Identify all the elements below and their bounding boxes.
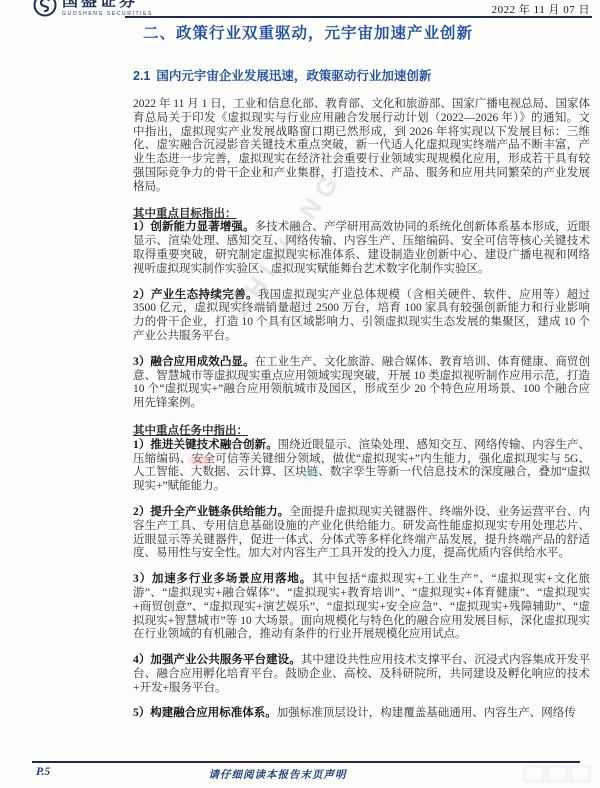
goal-item-3: 3）融合应用成效凸显。在工业生产、文化旅游、融合媒体、教育培训、体育健康、商贸创… bbox=[133, 356, 590, 411]
task-item-2: 2）提升全产业链条供给能力。全面提升虚拟现实关键器件、终端外设、业务运营平台、内… bbox=[133, 506, 590, 561]
report-date: 2022 年 11 月 07 日 bbox=[492, 1, 590, 17]
corner-watermark bbox=[524, 766, 590, 782]
goal-3-lead: 3）融合应用成效凸显。 bbox=[133, 356, 255, 368]
section-heading: 2.1国内元宇宙企业发展迅速，政策驱动行业加速创新 bbox=[133, 69, 590, 84]
goals-label: 其中重点目标指出： bbox=[133, 208, 590, 222]
task-4-lead: 4）加强产业公共服务平台建设。 bbox=[133, 654, 301, 666]
footer-divider bbox=[32, 761, 580, 763]
task-item-5: 5）构建融合应用标准体系。加强标准顶层设计，构建覆盖基础通用、内容生产、网络传 bbox=[133, 707, 590, 721]
tasks-label: 其中重点任务中指出： bbox=[133, 425, 590, 439]
report-body: 二、政策行业双重驱动，元宇宙加速产业创新 2.1国内元宇宙企业发展迅速，政策驱动… bbox=[133, 24, 590, 762]
guosheng-logo: 国盛证券 GUOSHENG SECURITIES bbox=[33, 0, 153, 17]
task-5-lead: 5）构建融合应用标准体系。 bbox=[133, 707, 277, 719]
section-number: 2.1 bbox=[133, 69, 150, 83]
goal-item-2: 2）产业生态持续完善。我国虚拟现实产业总体规模（含相关硬件、软件、应用等）超过 … bbox=[133, 289, 590, 344]
goal-2-lead: 2）产业生态持续完善。 bbox=[133, 289, 258, 301]
intro-paragraph: 2022 年 11 月 1 日，工业和信息化部、教育部、文化和旅游部、国家广播电… bbox=[133, 98, 590, 195]
task-1-lead: 1）推进关键技术融合创新。 bbox=[133, 439, 278, 451]
goal-1-lead: 1）创新能力显著增强。 bbox=[133, 221, 255, 233]
chapter-title: 二、政策行业双重驱动，元宇宙加速产业创新 bbox=[143, 24, 590, 43]
task-item-3: 3）加速多行业多场景应用落地。其中包括“虚拟现实+工业生产”、“虚拟现实+文化旅… bbox=[133, 573, 590, 642]
report-page: 国盛证券 GUOSHENG SECURITIES 2022 年 11 月 07 … bbox=[0, 0, 600, 788]
header-divider bbox=[125, 16, 592, 18]
task-item-1: 1）推进关键技术融合创新。围绕近眼显示、渲染处理、感知交互、网络传输、内容生产、… bbox=[133, 439, 590, 494]
task-5-body: 加强标准顶层设计，构建覆盖基础通用、内容生产、网络传 bbox=[277, 707, 576, 719]
task-item-4: 4）加强产业公共服务平台建设。其中建设共性应用技术支撑平台、沉浸式内容集成开发平… bbox=[133, 654, 590, 695]
goal-item-1: 1）创新能力显著增强。多技术融合、产学研用高效协同的系统化创新体系基本形成，近眼… bbox=[133, 221, 590, 276]
logo-name-cn: 国盛证券 bbox=[62, 0, 153, 11]
task-3-lead: 3）加速多行业多场景应用落地。 bbox=[133, 573, 312, 585]
section-heading-text: 国内元宇宙企业发展迅速，政策驱动行业加速创新 bbox=[156, 69, 431, 83]
guosheng-logo-icon bbox=[33, 0, 57, 17]
footer-disclaimer: 请仔细阅读本报告末页声明 bbox=[0, 767, 555, 782]
task-2-lead: 2）提升全产业链条供给能力。 bbox=[133, 506, 289, 518]
